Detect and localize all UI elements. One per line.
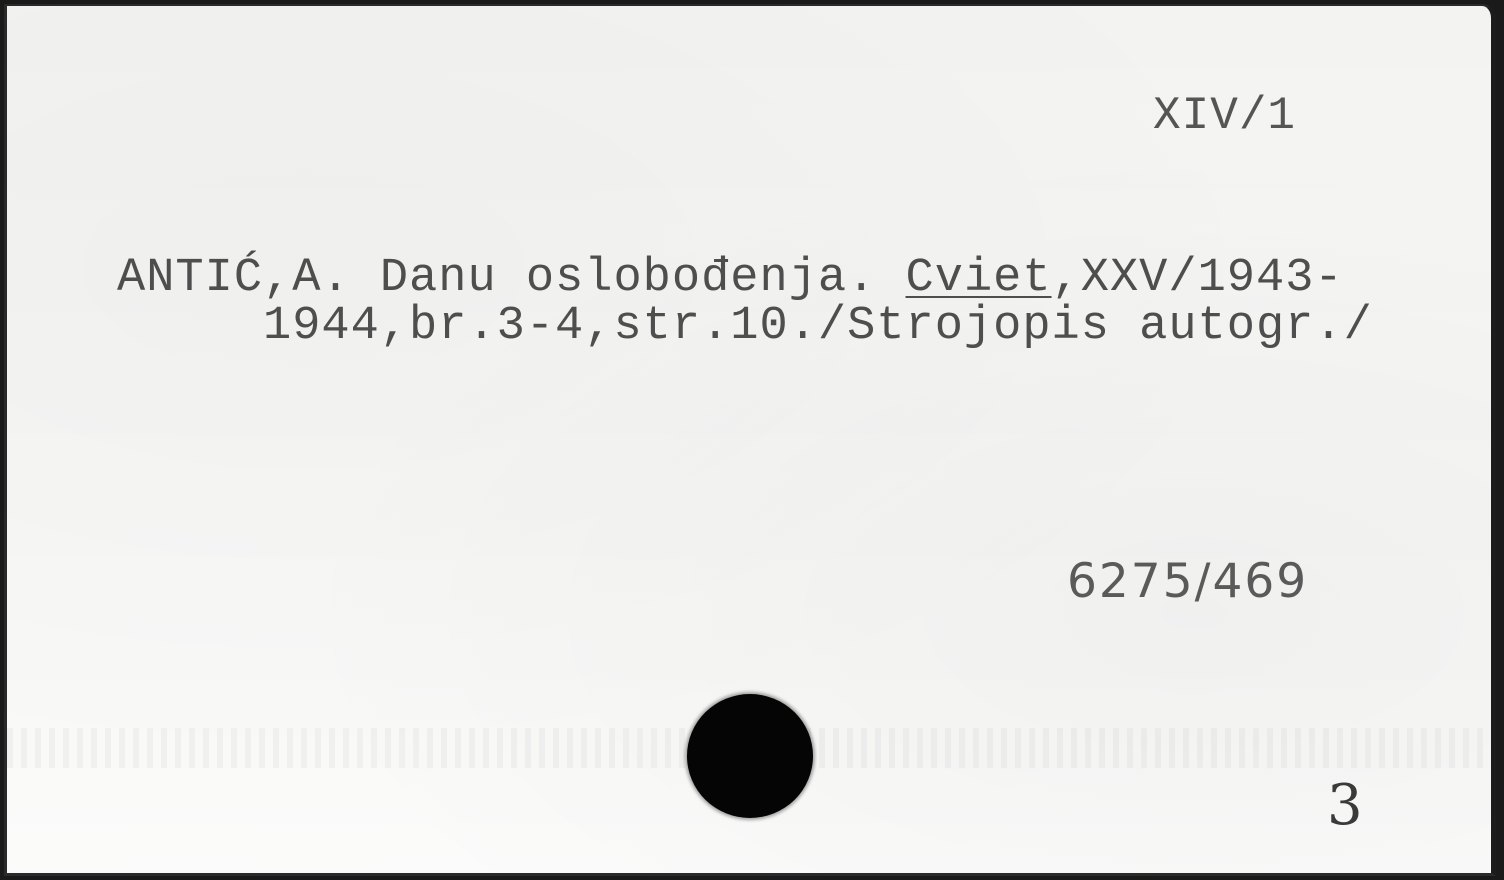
volume-year-text: ,XXV/1943- bbox=[1052, 252, 1344, 305]
catalog-card: XIV/1 ANTIĆ,A. Danu oslobođenja. Cviet,X… bbox=[4, 4, 1496, 876]
handwritten-mark: 3 bbox=[1327, 778, 1363, 834]
bibliographic-entry-line-2: 1944,br.3-4,str.10./Strojopis autogr./ bbox=[263, 300, 1373, 353]
journal-title: Cviet bbox=[906, 252, 1052, 305]
filing-hole-icon bbox=[687, 694, 813, 818]
accession-number: 6275/469 bbox=[1067, 554, 1308, 609]
bibliographic-entry-line-1: ANTIĆ,A. Danu oslobođenja. Cviet,XXV/194… bbox=[117, 252, 1344, 305]
author-title-text: ANTIĆ,A. Danu oslobođenja. bbox=[117, 252, 906, 305]
call-number: XIV/1 bbox=[1153, 90, 1296, 142]
